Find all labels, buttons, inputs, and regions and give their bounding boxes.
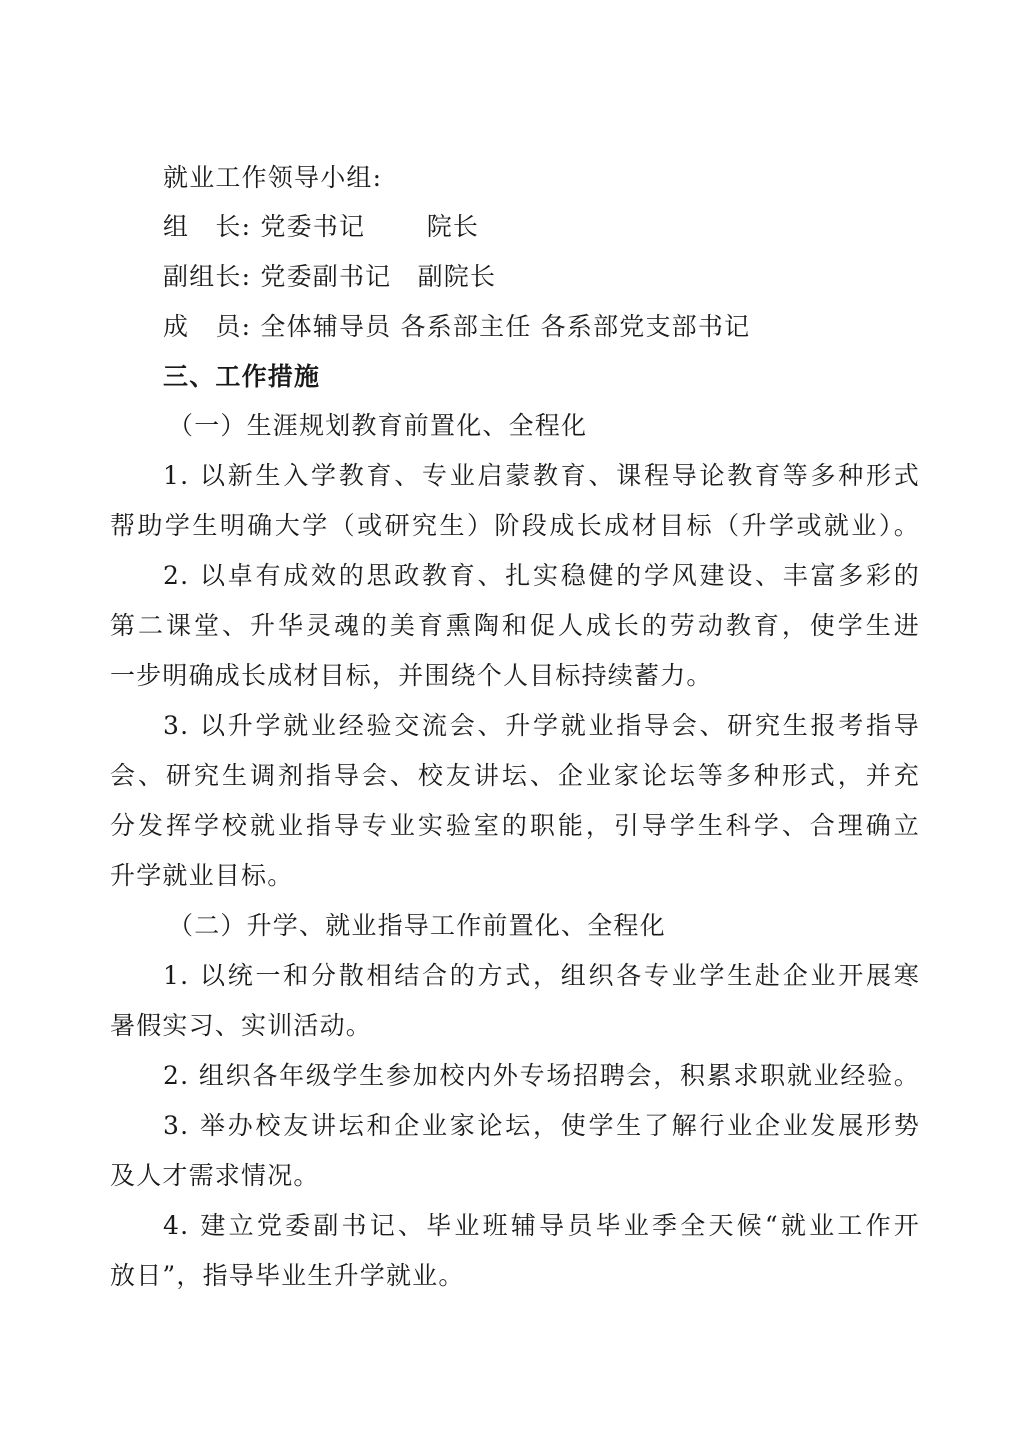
leadership-leader: 组 长: 党委书记 院长 bbox=[163, 210, 973, 244]
paragraph-line: 1. 以新生入学教育、专业启蒙教育、课程导论教育等多种形式 bbox=[163, 459, 920, 493]
paragraph-line: 暑假实习、实训活动。 bbox=[110, 1009, 920, 1043]
subsection-heading-guidance: （二）升学、就业指导工作前置化、全程化 bbox=[168, 909, 978, 943]
paragraph-line: 升学就业目标。 bbox=[110, 859, 920, 893]
paragraph-line: 一步明确成长成材目标，并围绕个人目标持续蓄力。 bbox=[110, 659, 920, 693]
paragraph-line: 2. 组织各年级学生参加校内外专场招聘会，积累求职就业经验。 bbox=[163, 1059, 920, 1093]
paragraph-line: 4. 建立党委副书记、毕业班辅导员毕业季全天候“就业工作开 bbox=[163, 1209, 920, 1243]
leadership-title: 就业工作领导小组: bbox=[163, 161, 973, 195]
document-page: 就业工作领导小组: 组 长: 党委书记 院长 副组长: 党委副书记 副院长 成 … bbox=[0, 0, 1024, 1448]
paragraph-line: 1. 以统一和分散相结合的方式，组织各专业学生赴企业开展寒 bbox=[163, 959, 920, 993]
paragraph-line: 3. 以升学就业经验交流会、升学就业指导会、研究生报考指导 bbox=[163, 709, 920, 743]
section-heading-work-measures: 三、工作措施 bbox=[163, 360, 973, 394]
leadership-deputy: 副组长: 党委副书记 副院长 bbox=[163, 260, 973, 294]
paragraph-line: 3. 举办校友讲坛和企业家论坛，使学生了解行业企业发展形势 bbox=[163, 1109, 920, 1143]
paragraph-line: 帮助学生明确大学（或研究生）阶段成长成材目标（升学或就业）。 bbox=[110, 509, 920, 543]
paragraph-line: 放日”，指导毕业生升学就业。 bbox=[110, 1259, 920, 1293]
subsection-heading-career-planning: （一）生涯规划教育前置化、全程化 bbox=[168, 409, 978, 443]
paragraph-line: 会、研究生调剂指导会、校友讲坛、企业家论坛等多种形式，并充 bbox=[110, 759, 920, 793]
paragraph-line: 2. 以卓有成效的思政教育、扎实稳健的学风建设、丰富多彩的 bbox=[163, 559, 920, 593]
leadership-members: 成 员: 全体辅导员 各系部主任 各系部党支部书记 bbox=[163, 310, 973, 344]
paragraph-line: 第二课堂、升华灵魂的美育熏陶和促人成长的劳动教育，使学生进 bbox=[110, 609, 920, 643]
paragraph-line: 分发挥学校就业指导专业实验室的职能，引导学生科学、合理确立 bbox=[110, 809, 920, 843]
paragraph-line: 及人才需求情况。 bbox=[110, 1159, 920, 1193]
